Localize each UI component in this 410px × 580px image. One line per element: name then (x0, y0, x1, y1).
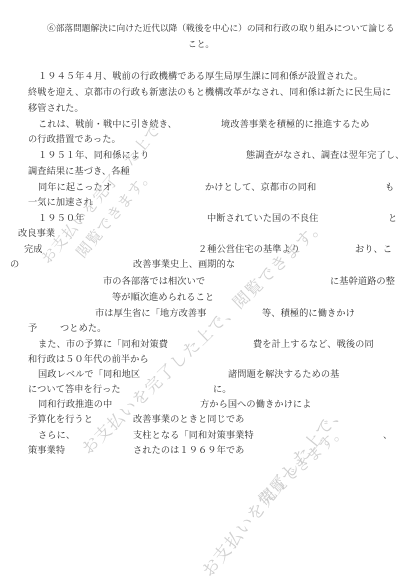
document-page: ⑥部落問題解決に向けた近代以降（戦後を中心に）の同和行政の取り組みについて論じる… (0, 0, 410, 580)
paywall-watermark-text: お支払いを完了した上で、閲覧できます。 (75, 212, 330, 459)
paywall-watermark-text: 閲覧できます。 (71, 164, 158, 262)
paywall-watermark-text: お支払いを完了した上で (36, 120, 165, 268)
paywall-watermark-text: 閲覧できます。 (254, 419, 350, 509)
paywall-watermark-text: お支払いを完了した上で、 (195, 398, 350, 580)
watermark-layer: お支払いを完了した上で閲覧できます。お支払いを完了した上で、閲覧できます。お支払… (0, 0, 410, 580)
